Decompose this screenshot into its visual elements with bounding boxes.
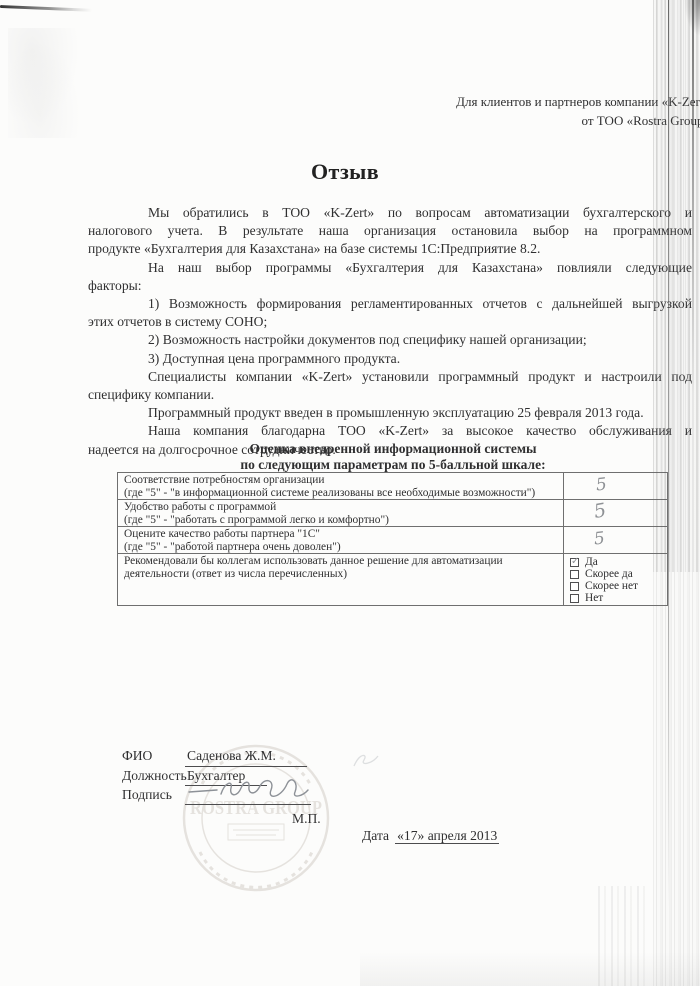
option-label: Скорее нет (585, 580, 638, 592)
criterion-cell: Удобство работы с программой (где "5" - … (118, 500, 564, 526)
stamp-place-label: М.П. (292, 811, 321, 827)
option-rather-no: Скорее нет (570, 580, 667, 592)
document-header: Для клиентов и партнеров компании «K-Zer… (0, 93, 700, 130)
fio-value: Саденова Ж.М. (185, 747, 307, 767)
scan-artifact-vertical-line-2 (692, 0, 694, 394)
option-label: Да (585, 556, 598, 568)
option-label: Скорее да (585, 568, 633, 580)
scan-artifact-bottom-smudge (360, 952, 700, 986)
checkbox-rather-yes[interactable] (570, 570, 579, 579)
table-row: Удобство работы с программой (где "5" - … (118, 500, 667, 527)
criterion-cell: Оцените качество работы партнера "1С" (г… (118, 527, 564, 553)
criterion-text: Оцените качество работы партнера "1С" (124, 528, 557, 541)
rating-table: Соответствие потребностям организации (г… (117, 472, 668, 606)
paragraph-line: специфику компании. (88, 386, 692, 404)
handwritten-score: 5 (593, 528, 606, 549)
paragraph-line: этих отчетов в систему СОНО; (88, 313, 692, 331)
handwritten-score: 5 (592, 499, 608, 523)
scan-artifact-corner (684, 0, 700, 36)
checkbox-no[interactable] (570, 594, 579, 603)
option-yes: Да (570, 556, 667, 568)
rating-heading-line1: Оценка внедренной информационной системы (118, 441, 668, 457)
paragraph-line: Мы обратились в ТОО «K-Zert» по вопросам… (88, 204, 692, 222)
signature-label: Подпись (122, 786, 185, 805)
criterion-text: Удобство работы с программой (124, 501, 557, 514)
signature-block: ФИО Саденова Ж.М. Должность Бухгалтер По… (122, 747, 311, 805)
fio-label: ФИО (122, 747, 185, 767)
page-title: Отзыв (0, 159, 690, 185)
criterion-hint: (где "5" - "работой партнера очень довол… (124, 541, 557, 554)
date-row: Дата«17» апреля 2013 (362, 828, 499, 844)
score-cell: 5 (564, 500, 667, 526)
pen-scribble (350, 748, 384, 772)
rating-section-heading: Оценка внедренной информационной системы… (118, 441, 668, 472)
criterion-hint: деятельности (ответ из числа перечисленн… (124, 568, 557, 581)
header-sender-line: от ТОО «Rostra Group» (0, 112, 700, 131)
checkbox-yes[interactable] (570, 558, 579, 567)
table-row: Соответствие потребностям организации (г… (118, 473, 667, 500)
paragraph-line: налогового учета. В результате наша орга… (88, 222, 692, 240)
document-body: Мы обратились в ТОО «K-Zert» по вопросам… (88, 204, 692, 459)
paragraph-line: На наш выбор программы «Бухгалтерия для … (88, 259, 692, 277)
criterion-cell: Соответствие потребностям организации (г… (118, 473, 564, 499)
paragraph-line: Программный продукт введен в промышленну… (88, 404, 692, 422)
score-cell: 5 (564, 527, 667, 553)
fio-row: ФИО Саденова Ж.М. (122, 747, 311, 767)
paragraph-line: Специалисты компании «K-Zert» установили… (88, 368, 692, 386)
handwritten-score: 5 (595, 474, 608, 495)
paragraph-line: 2) Возможность настройки документов под … (88, 331, 692, 349)
option-no: Нет (570, 592, 667, 604)
criterion-text: Соответствие потребностям организации (124, 474, 557, 487)
paragraph-line: 1) Возможность формирования регламентиро… (88, 295, 692, 313)
criterion-cell: Рекомендовали бы коллегам использовать д… (118, 554, 564, 605)
scan-artifact-bottom-streaks (598, 886, 650, 986)
checkbox-rather-no[interactable] (570, 582, 579, 591)
paragraph-line: факторы: (88, 277, 692, 295)
criterion-text: Рекомендовали бы коллегам использовать д… (124, 555, 557, 568)
paragraph-line: 3) Доступная цена программного продукта. (88, 350, 692, 368)
option-label: Нет (585, 592, 603, 604)
table-row: Оцените качество работы партнера "1С" (г… (118, 527, 667, 554)
scanned-review-document: Для клиентов и партнеров компании «K-Zer… (0, 0, 700, 986)
options-cell: Да Скорее да Скорее нет Нет (564, 554, 667, 605)
criterion-hint: (где "5" - "в информационной системе реа… (124, 487, 557, 500)
date-label: Дата (362, 828, 389, 843)
option-rather-yes: Скорее да (570, 568, 667, 580)
paragraph-line: Наша компания благодарна ТОО «K-Zert» за… (88, 422, 692, 440)
rating-heading-line2: по следующим параметрам по 5-балльной шк… (118, 457, 668, 473)
paragraph-line: продукте «Бухгалтерия для Казахстана» на… (88, 240, 692, 258)
score-cell: 5 (564, 473, 667, 499)
handwritten-signature (187, 772, 311, 806)
date-value: «17» апреля 2013 (395, 828, 499, 844)
header-recipient-line: Для клиентов и партнеров компании «K-Zer… (0, 93, 700, 112)
criterion-hint: (где "5" - "работать с программой легко … (124, 514, 557, 527)
signature-row: Подпись (122, 786, 311, 805)
signature-line (185, 786, 311, 805)
table-row: Рекомендовали бы коллегам использовать д… (118, 554, 667, 605)
position-label: Должность (122, 767, 185, 787)
scan-artifact-top-line (0, 5, 92, 12)
